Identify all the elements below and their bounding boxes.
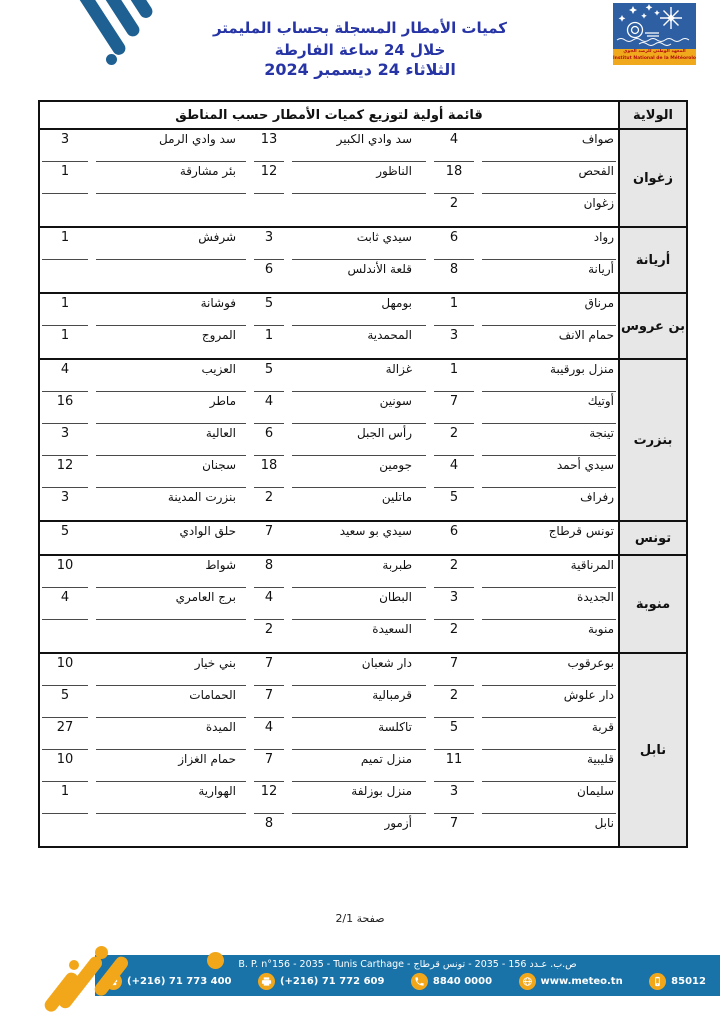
region-cell: بني خيار — [96, 654, 246, 686]
contact-item: (+216) 71 772 609 — [258, 973, 385, 990]
region-cell: منوبة — [482, 620, 616, 652]
value-cell — [254, 194, 284, 226]
region-cell: رواد — [482, 228, 616, 260]
region-cell: دار شعبان — [292, 654, 426, 686]
table-row: رفراف5ماتلين2بنزرت المدينة3 — [40, 488, 618, 520]
value-cell: 8 — [254, 814, 284, 846]
region-cell: الميدة — [96, 718, 246, 750]
value-cell: 6 — [254, 424, 284, 456]
value-cell: 1 — [42, 228, 88, 260]
region-cell — [292, 194, 426, 226]
governorate-column-header: الولاية — [618, 102, 686, 128]
value-cell: 10 — [42, 750, 88, 782]
region-cell: حمام الغزاز — [96, 750, 246, 782]
value-cell: 5 — [42, 522, 88, 554]
value-cell: 5 — [434, 718, 474, 750]
value-cell: 7 — [254, 654, 284, 686]
value-cell: 6 — [434, 522, 474, 554]
table-row: زغوان2 — [40, 194, 618, 226]
table-section: تونستونس قرطاج6سيدي بو سعيد7حلق الوادي5 — [40, 520, 686, 554]
region-cell: سيدي ثابت — [292, 228, 426, 260]
region-cell: قليبية — [482, 750, 616, 782]
governorate-cell: تونس — [618, 522, 686, 554]
handset-icon — [411, 973, 428, 990]
table-row: الفحص18الناظور12بئر مشارقة1 — [40, 162, 618, 194]
footer-band: ص.ب. عـدد 156 - 2035 - تونس قرطاج - B. P… — [95, 955, 720, 996]
phone-icon — [105, 973, 122, 990]
contact-label: (+216) 71 773 400 — [127, 976, 232, 987]
region-cell: سد وادي الرمل — [96, 130, 246, 162]
table-row: دار علوش2قرمبالية7الحمامات5 — [40, 686, 618, 718]
region-cell: الحمامات — [96, 686, 246, 718]
section-rows: صواف4سد وادي الكبير13سد وادي الرمل3الفحص… — [40, 130, 618, 226]
region-cell: الجديدة — [482, 588, 616, 620]
sms-icon — [649, 973, 666, 990]
region-cell: قرمبالية — [292, 686, 426, 718]
region-cell: تاكلسة — [292, 718, 426, 750]
region-cell: المروج — [96, 326, 246, 358]
governorate-cell: منوبة — [618, 556, 686, 652]
table-section: أريانةرواد6سيدي ثابت3شرفش1أريانة8قلعة ال… — [40, 226, 686, 292]
table-row: نابل7أزمور8 — [40, 814, 618, 846]
deco-stroke — [42, 970, 81, 1014]
table-row: المرناقية2طبربة8شواط10 — [40, 556, 618, 588]
region-cell: طبربة — [292, 556, 426, 588]
report-date: الثلاثاء 24 ديسمبر 2024 — [0, 60, 720, 79]
table-section: زغوانصواف4سد وادي الكبير13سد وادي الرمل3… — [40, 130, 686, 226]
region-cell: ماطر — [96, 392, 246, 424]
value-cell: 2 — [434, 424, 474, 456]
title-line-2: خلال 24 ساعة الفارطة — [0, 40, 720, 62]
value-cell: 3 — [254, 228, 284, 260]
region-cell: مرناق — [482, 294, 616, 326]
section-rows: تونس قرطاج6سيدي بو سعيد7حلق الوادي5 — [40, 522, 618, 554]
value-cell: 3 — [42, 130, 88, 162]
value-cell: 4 — [434, 130, 474, 162]
region-cell: بومهل — [292, 294, 426, 326]
value-cell: 18 — [254, 456, 284, 488]
contact-label: 8840 0000 — [433, 976, 492, 987]
region-cell: حمام الانف — [482, 326, 616, 358]
contact-label: www.meteo.tn — [541, 976, 623, 987]
value-cell: 7 — [434, 814, 474, 846]
table-section: بنزرتمنزل بورقيبة1غزالة5العزيب4أوتيك7سون… — [40, 358, 686, 520]
table-row: منوبة2السعيدة2 — [40, 620, 618, 652]
contact-item: www.meteo.tn — [519, 973, 623, 990]
region-cell: تينجة — [482, 424, 616, 456]
value-cell: 6 — [254, 260, 284, 292]
region-cell: رفراف — [482, 488, 616, 520]
region-cell: سليمان — [482, 782, 616, 814]
table-row: سيدي أحمد4جومين18سجنان12 — [40, 456, 618, 488]
region-cell: سجنان — [96, 456, 246, 488]
governorate-cell: نابل — [618, 654, 686, 846]
region-cell: البطان — [292, 588, 426, 620]
section-rows: مرناق1بومهل5فوشانة1حمام الانف3المحمدية1ا… — [40, 294, 618, 358]
value-cell: 11 — [434, 750, 474, 782]
value-cell: 5 — [434, 488, 474, 520]
region-cell: صواف — [482, 130, 616, 162]
value-cell: 1 — [434, 294, 474, 326]
section-rows: المرناقية2طبربة8شواط10الجديدة3البطان4برج… — [40, 556, 618, 652]
value-cell: 10 — [42, 654, 88, 686]
table-row: أريانة8قلعة الأندلس6 — [40, 260, 618, 292]
governorate-cell: أريانة — [618, 228, 686, 292]
value-cell: 13 — [254, 130, 284, 162]
region-cell: سيدي بو سعيد — [292, 522, 426, 554]
region-cell: دار علوش — [482, 686, 616, 718]
value-cell: 3 — [42, 488, 88, 520]
rain-table-body: زغوانصواف4سد وادي الكبير13سد وادي الرمل3… — [40, 130, 686, 846]
region-cell: العزيب — [96, 360, 246, 392]
value-cell: 4 — [434, 456, 474, 488]
region-cell: زغوان — [482, 194, 616, 226]
value-cell: 2 — [434, 686, 474, 718]
table-row: بوعرقوب7دار شعبان7بني خيار10 — [40, 654, 618, 686]
rainfall-bulletin-page: المعهد الوطني للرصد الجوي Institut Natio… — [0, 0, 720, 1018]
contact-label: 85012 — [671, 976, 706, 987]
value-cell: 12 — [254, 162, 284, 194]
table-row: سليمان3منزل بوزلفة12الهوارية1 — [40, 782, 618, 814]
region-cell: بنزرت المدينة — [96, 488, 246, 520]
region-cell: شواط — [96, 556, 246, 588]
value-cell: 5 — [42, 686, 88, 718]
region-cell: الهوارية — [96, 782, 246, 814]
value-cell: 4 — [254, 392, 284, 424]
table-header-row: الولاية قائمة أولية لتوزيع كميات الأمطار… — [40, 102, 686, 130]
region-cell: سونين — [292, 392, 426, 424]
table-row: حمام الانف3المحمدية1المروج1 — [40, 326, 618, 358]
region-cell: بئر مشارقة — [96, 162, 246, 194]
region-cell — [96, 814, 246, 846]
region-cell — [96, 260, 246, 292]
value-cell: 4 — [254, 588, 284, 620]
governorate-cell: بن عروس — [618, 294, 686, 358]
region-cell: سد وادي الكبير — [292, 130, 426, 162]
value-cell: 1 — [254, 326, 284, 358]
region-cell: تونس قرطاج — [482, 522, 616, 554]
value-cell — [42, 194, 88, 226]
value-cell: 6 — [434, 228, 474, 260]
region-cell: الفحص — [482, 162, 616, 194]
region-cell: بوعرقوب — [482, 654, 616, 686]
region-cell: فوشانة — [96, 294, 246, 326]
value-cell — [42, 260, 88, 292]
region-cell: قربة — [482, 718, 616, 750]
value-cell: 16 — [42, 392, 88, 424]
governorate-cell: بنزرت — [618, 360, 686, 520]
value-cell: 18 — [434, 162, 474, 194]
value-cell: 7 — [434, 654, 474, 686]
region-cell: نابل — [482, 814, 616, 846]
region-cell: المرناقية — [482, 556, 616, 588]
value-cell: 10 — [42, 556, 88, 588]
value-cell: 3 — [434, 326, 474, 358]
value-cell — [42, 814, 88, 846]
value-cell: 4 — [42, 588, 88, 620]
value-cell: 1 — [434, 360, 474, 392]
value-cell: 1 — [42, 294, 88, 326]
value-cell: 4 — [42, 360, 88, 392]
section-rows: بوعرقوب7دار شعبان7بني خيار10دار علوش2قرم… — [40, 654, 618, 846]
value-cell: 7 — [254, 750, 284, 782]
value-cell: 2 — [434, 194, 474, 226]
value-cell: 1 — [42, 162, 88, 194]
region-cell: أريانة — [482, 260, 616, 292]
region-cell: منزل بوزلفة — [292, 782, 426, 814]
value-cell: 1 — [42, 326, 88, 358]
region-cell: شرفش — [96, 228, 246, 260]
value-cell: 3 — [434, 588, 474, 620]
table-row: صواف4سد وادي الكبير13سد وادي الرمل3 — [40, 130, 618, 162]
globe-icon — [519, 973, 536, 990]
value-cell: 1 — [42, 782, 88, 814]
region-cell: جومين — [292, 456, 426, 488]
region-cell: أوتيك — [482, 392, 616, 424]
governorate-cell: زغوان — [618, 130, 686, 226]
region-cell — [96, 620, 246, 652]
region-cell — [96, 194, 246, 226]
contact-item: 85012 — [649, 973, 706, 990]
document-title: كميات الأمطار المسجلة بحساب المليمتر خلا… — [0, 18, 720, 62]
section-rows: رواد6سيدي ثابت3شرفش1أريانة8قلعة الأندلس6 — [40, 228, 618, 292]
title-line-1: كميات الأمطار المسجلة بحساب المليمتر — [0, 18, 720, 40]
region-cell: منزل بورقيبة — [482, 360, 616, 392]
table-section: منوبةالمرناقية2طبربة8شواط10الجديدة3البطا… — [40, 554, 686, 652]
table-row: قربة5تاكلسة4الميدة27 — [40, 718, 618, 750]
section-rows: منزل بورقيبة1غزالة5العزيب4أوتيك7سونين4ما… — [40, 360, 618, 520]
region-cell: رأس الجبل — [292, 424, 426, 456]
table-row: تينجة2رأس الجبل6العالية3 — [40, 424, 618, 456]
deco-dot — [69, 960, 79, 970]
region-cell: الناظور — [292, 162, 426, 194]
value-cell: 2 — [434, 620, 474, 652]
rainfall-table: الولاية قائمة أولية لتوزيع كميات الأمطار… — [38, 100, 688, 848]
value-cell: 27 — [42, 718, 88, 750]
value-cell: 7 — [434, 392, 474, 424]
region-cell: أزمور — [292, 814, 426, 846]
value-cell: 3 — [434, 782, 474, 814]
value-cell: 5 — [254, 360, 284, 392]
value-cell — [42, 620, 88, 652]
region-cell: ماتلين — [292, 488, 426, 520]
page-number: صفحة 2/1 — [0, 912, 720, 925]
postal-address: ص.ب. عـدد 156 - 2035 - تونس قرطاج - B. P… — [95, 955, 720, 970]
region-cell: العالية — [96, 424, 246, 456]
region-cell: برج العامري — [96, 588, 246, 620]
value-cell: 4 — [254, 718, 284, 750]
table-row: أوتيك7سونين4ماطر16 — [40, 392, 618, 424]
contact-item: 8840 0000 — [411, 973, 492, 990]
value-cell: 7 — [254, 522, 284, 554]
region-cell: حلق الوادي — [96, 522, 246, 554]
table-row: رواد6سيدي ثابت3شرفش1 — [40, 228, 618, 260]
region-cell: المحمدية — [292, 326, 426, 358]
region-cell: غزالة — [292, 360, 426, 392]
table-section: نابلبوعرقوب7دار شعبان7بني خيار10دار علوش… — [40, 652, 686, 846]
region-cell: منزل تميم — [292, 750, 426, 782]
value-cell: 2 — [434, 556, 474, 588]
value-cell: 2 — [254, 620, 284, 652]
region-cell: سيدي أحمد — [482, 456, 616, 488]
table-row: منزل بورقيبة1غزالة5العزيب4 — [40, 360, 618, 392]
regions-list-header: قائمة أولية لتوزيع كميات الأمطار حسب الم… — [40, 102, 618, 128]
contact-row: (+216) 71 773 400(+216) 71 772 6098840 0… — [95, 970, 720, 990]
table-row: الجديدة3البطان4برج العامري4 — [40, 588, 618, 620]
region-cell: السعيدة — [292, 620, 426, 652]
table-row: مرناق1بومهل5فوشانة1 — [40, 294, 618, 326]
table-section: بن عروسمرناق1بومهل5فوشانة1حمام الانف3الم… — [40, 292, 686, 358]
contact-item: (+216) 71 773 400 — [105, 973, 232, 990]
region-cell: قلعة الأندلس — [292, 260, 426, 292]
value-cell: 12 — [254, 782, 284, 814]
value-cell: 12 — [42, 456, 88, 488]
value-cell: 8 — [434, 260, 474, 292]
value-cell: 3 — [42, 424, 88, 456]
table-row: قليبية11منزل تميم7حمام الغزاز10 — [40, 750, 618, 782]
value-cell: 8 — [254, 556, 284, 588]
fax-icon — [258, 973, 275, 990]
value-cell: 7 — [254, 686, 284, 718]
value-cell: 2 — [254, 488, 284, 520]
table-row: تونس قرطاج6سيدي بو سعيد7حلق الوادي5 — [40, 522, 618, 554]
contact-label: (+216) 71 772 609 — [280, 976, 385, 987]
value-cell: 5 — [254, 294, 284, 326]
